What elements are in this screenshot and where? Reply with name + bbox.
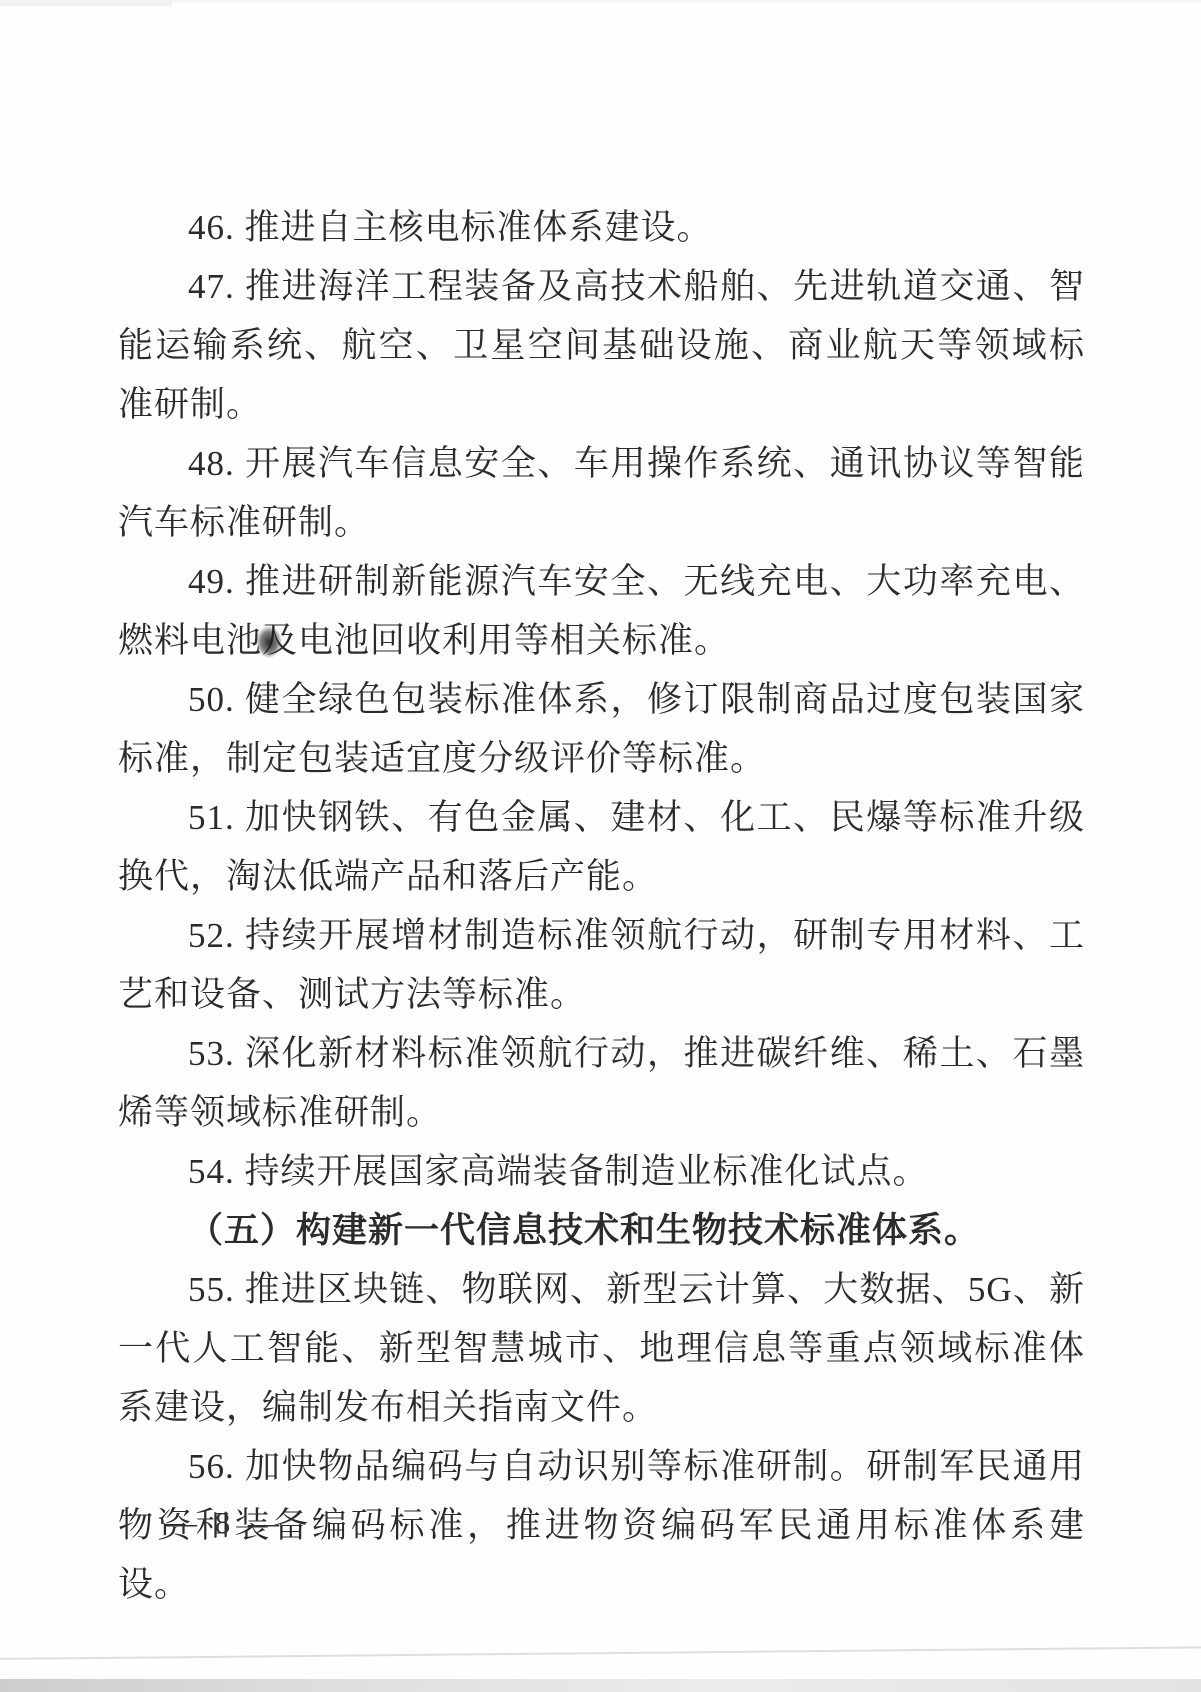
numbered-item: 54. 持续开展国家高端装备制造业标准化试点。 [118,1142,1085,1201]
document-paragraphs: 46. 推进自主核电标准体系建设。47. 推进海洋工程装备及高技术船舶、先进轨道… [118,198,1085,1614]
section-heading: （五）构建新一代信息技术和生物技术标准体系。 [118,1201,1085,1260]
scan-bottom-shadow [0,1679,1201,1692]
scan-edge-line [0,1646,1201,1660]
document-page: 46. 推进自主核电标准体系建设。47. 推进海洋工程装备及高技术船舶、先进轨道… [0,0,1201,1692]
numbered-item: 47. 推进海洋工程装备及高技术船舶、先进轨道交通、智能运输系统、航空、卫星空间… [118,257,1085,434]
page-number: — 8 — [166,1505,284,1541]
numbered-item: 53. 深化新材料标准领航行动，推进碳纤维、稀土、石墨烯等领域标准研制。 [118,1024,1085,1142]
numbered-item: 52. 持续开展增材制造标准领航行动，研制专用材料、工艺和设备、测试方法等标准。 [118,906,1085,1024]
numbered-item: 55. 推进区块链、物联网、新型云计算、大数据、5G、新一代人工智能、新型智慧城… [118,1260,1085,1437]
numbered-item: 51. 加快钢铁、有色金属、建材、化工、民爆等标准升级换代，淘汰低端产品和落后产… [118,788,1085,906]
numbered-item: 46. 推进自主核电标准体系建设。 [118,198,1085,257]
numbered-item: 48. 开展汽车信息安全、车用操作系统、通讯协议等智能汽车标准研制。 [118,434,1085,552]
numbered-item: 49. 推进研制新能源汽车安全、无线充电、大功率充电、燃料电池及电池回收利用等相… [118,552,1085,670]
scan-artifact-top-left [0,0,172,6]
scan-artifact-top-right [172,0,1201,3]
numbered-item: 50. 健全绿色包装标准体系，修订限制商品过度包装国家标准，制定包装适宜度分级评… [118,670,1085,788]
